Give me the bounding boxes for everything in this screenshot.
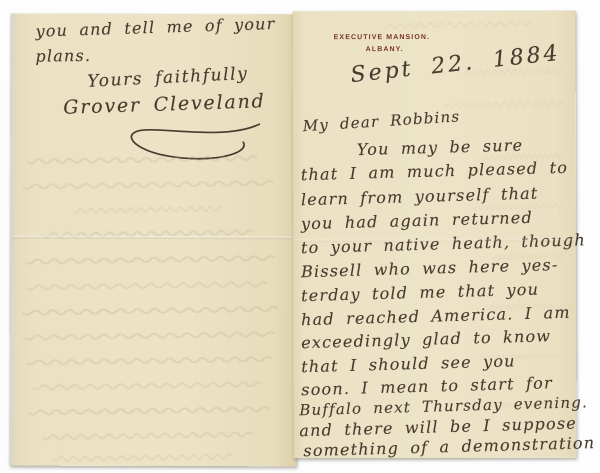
show-through-writing bbox=[28, 403, 268, 417]
show-through-writing bbox=[483, 300, 563, 312]
show-through-writing bbox=[23, 177, 273, 191]
show-through-writing bbox=[52, 451, 232, 464]
letter-line: you and tell me of your bbox=[35, 14, 276, 41]
letter-line: that I am much pleased to bbox=[301, 158, 569, 184]
letter-page-left: you and tell me of your plans. Yours fai… bbox=[9, 14, 297, 467]
show-through-writing bbox=[42, 428, 252, 441]
letter-salutation: My dear Robbins bbox=[302, 107, 460, 135]
show-through-writing bbox=[463, 65, 563, 77]
show-through-writing bbox=[27, 278, 267, 292]
show-through-writing bbox=[25, 328, 275, 342]
signature: Grover Cleveland bbox=[63, 90, 266, 119]
show-through-writing bbox=[27, 353, 272, 367]
letterhead-executive-mansion: EXECUTIVE MANSION. bbox=[334, 34, 430, 41]
letter-photograph: you and tell me of your plans. Yours fai… bbox=[0, 0, 600, 473]
show-through-writing bbox=[443, 98, 563, 110]
letter-line: exceedingly glad to know bbox=[301, 326, 551, 352]
letter-closing: Yours faithfully bbox=[87, 64, 249, 92]
letter-line: you had again returned bbox=[301, 208, 533, 233]
fold-crease bbox=[293, 239, 576, 242]
letter-line: plans. bbox=[35, 46, 91, 66]
show-through-writing bbox=[25, 252, 275, 266]
show-through-writing bbox=[478, 350, 558, 362]
letterhead-albany: ALBANY. bbox=[366, 46, 404, 53]
show-through-writing bbox=[73, 203, 223, 215]
show-through-writing bbox=[483, 150, 563, 162]
show-through-writing bbox=[23, 303, 278, 317]
show-through-writing bbox=[383, 18, 533, 31]
show-through-writing bbox=[33, 378, 263, 391]
show-through-writing bbox=[473, 200, 563, 212]
show-through-writing bbox=[493, 250, 563, 261]
show-through-writing bbox=[488, 398, 558, 409]
letter-page-right: EXECUTIVE MANSION. ALBANY. Sept 22. 1884… bbox=[293, 11, 577, 458]
